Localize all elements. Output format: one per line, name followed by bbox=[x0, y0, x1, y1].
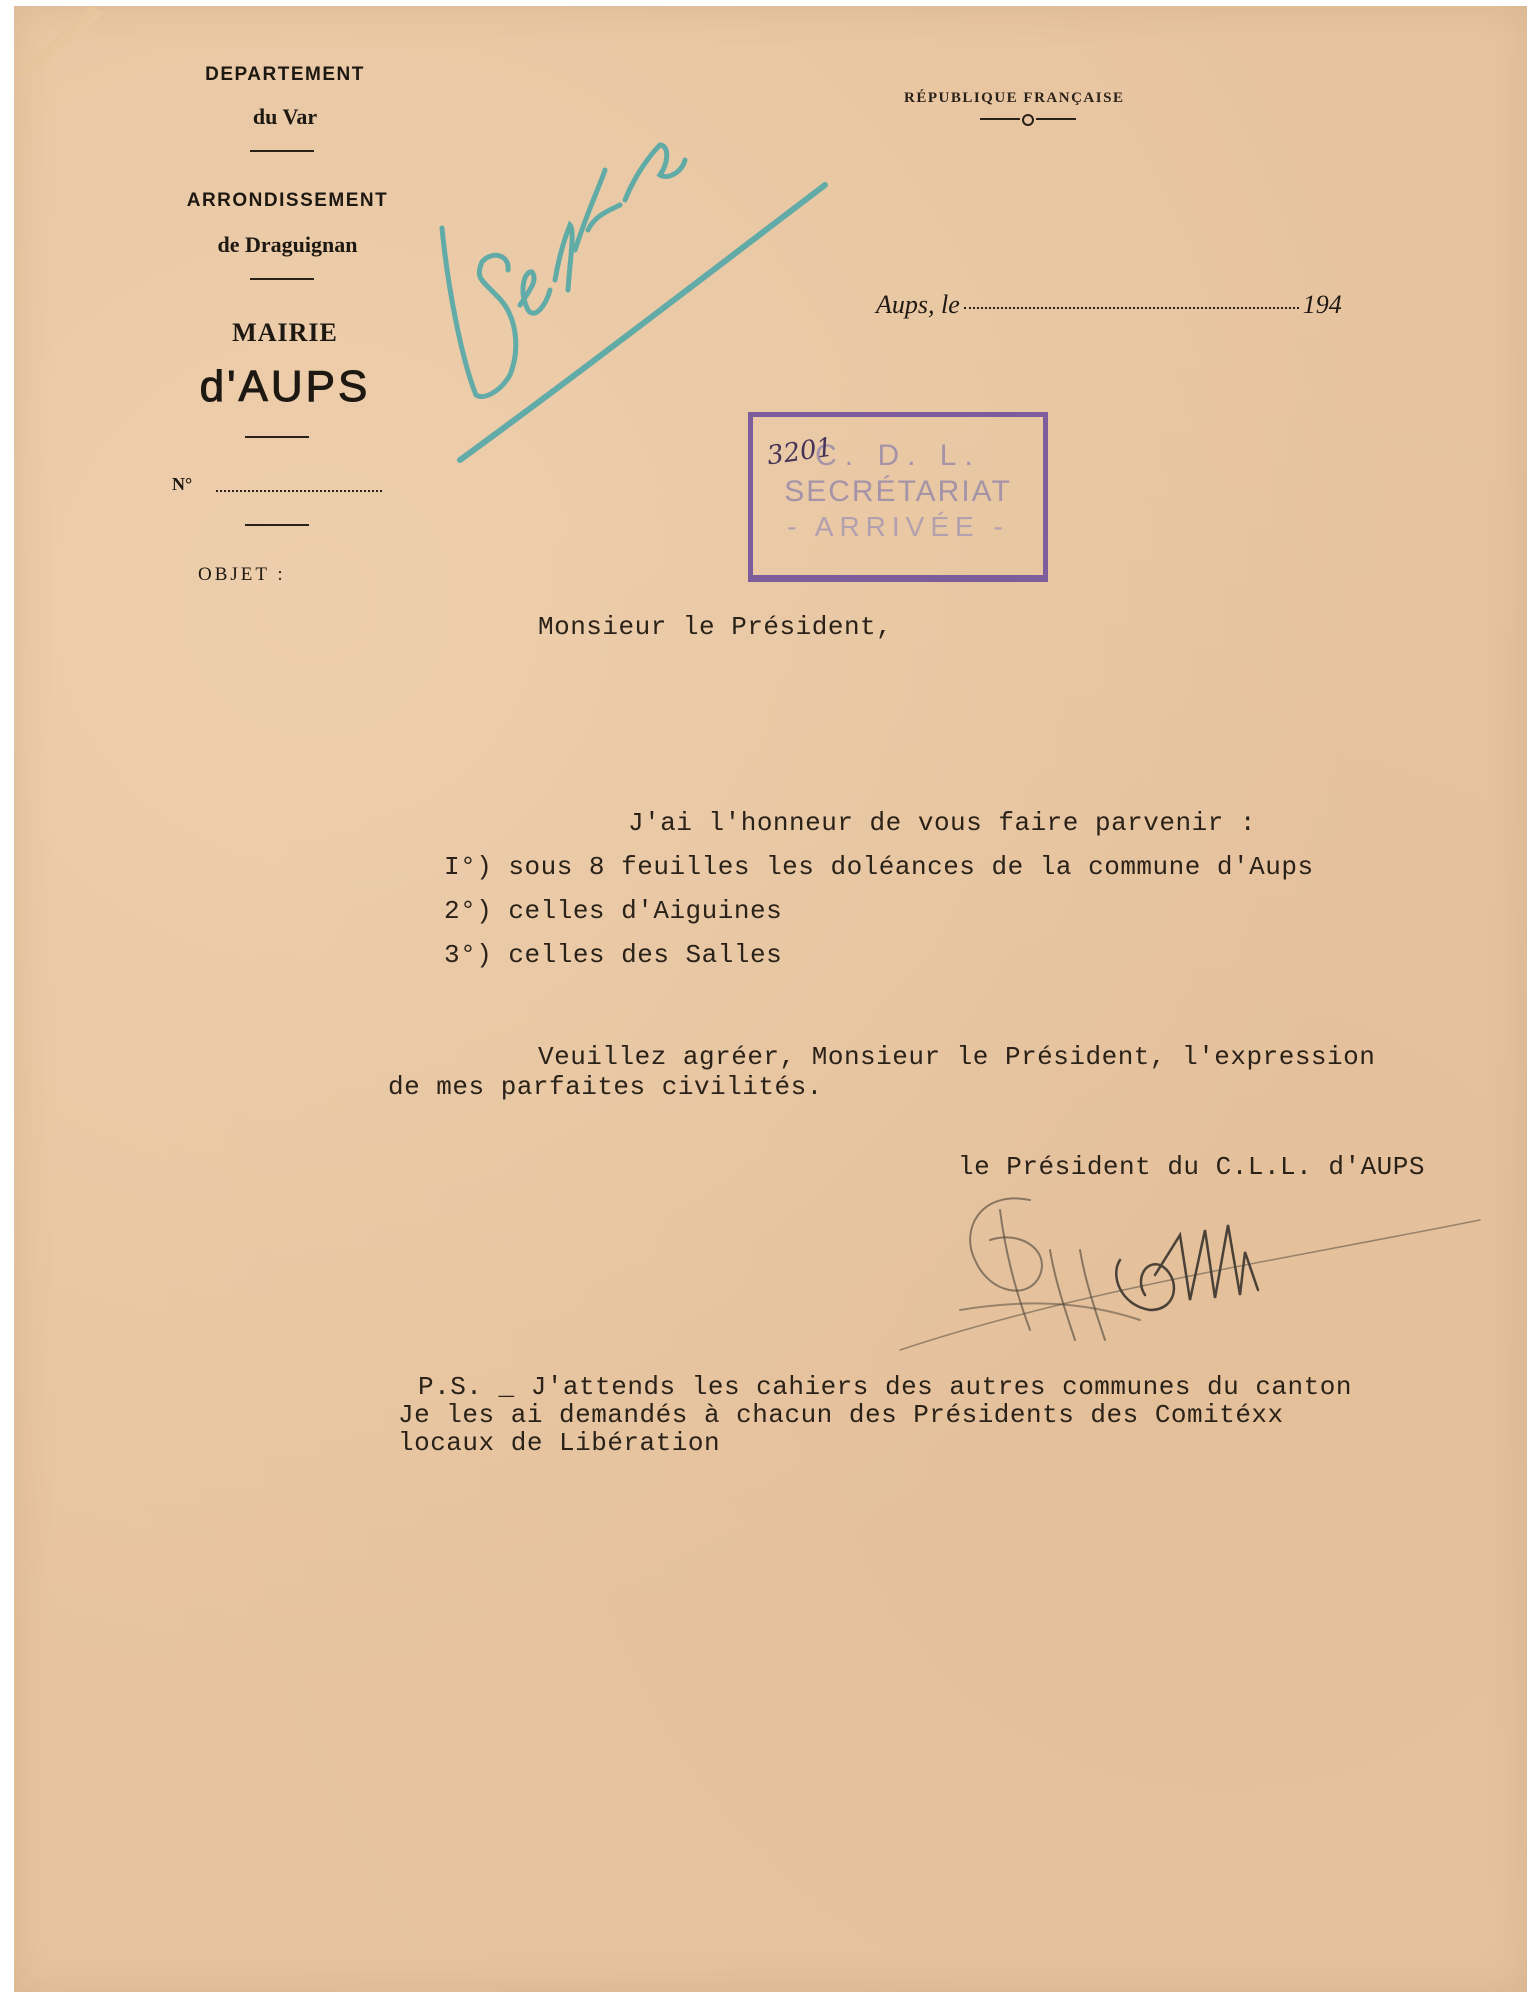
list-item: I°) sous 8 feuilles les doléances de la … bbox=[444, 852, 1314, 882]
ornament bbox=[980, 112, 1076, 126]
department-label: DEPARTEMENT bbox=[160, 64, 410, 86]
arrondissement-name: de Draguignan bbox=[160, 232, 415, 258]
list-text: sous 8 feuilles les doléances de la comm… bbox=[508, 852, 1313, 882]
mairie-label: MAIRIE bbox=[160, 318, 410, 348]
ps-line-3: locaux de Libération bbox=[398, 1428, 720, 1458]
number-field bbox=[216, 490, 382, 492]
list-item: 2°) celles d'Aiguines bbox=[444, 896, 782, 926]
cdl-secretariat-stamp: 3201 C. D. L. SECRÉTARIAT - ARRIVÉE - bbox=[748, 412, 1048, 582]
commune-name: d'AUPS bbox=[155, 362, 415, 412]
divider bbox=[250, 150, 314, 152]
ps-line-2: Je les ai demandés à chacun des Présiden… bbox=[398, 1400, 1284, 1430]
republic-title: RÉPUBLIQUE FRANÇAISE bbox=[904, 90, 1124, 107]
list-text: celles d'Aiguines bbox=[508, 896, 782, 926]
date-line: Aups, le194 bbox=[876, 290, 1342, 320]
list-marker: 2°) bbox=[444, 896, 492, 926]
list-marker: 3°) bbox=[444, 940, 492, 970]
closing-line-2: de mes parfaites civilités. bbox=[388, 1072, 823, 1102]
divider bbox=[245, 436, 309, 438]
closing-line-1: Veuillez agréer, Monsieur le Président, … bbox=[538, 1042, 1375, 1072]
divider bbox=[250, 278, 314, 280]
salutation: Monsieur le Président, bbox=[538, 612, 892, 642]
ps-line-1: P.S. _ J'attends les cahiers des autres … bbox=[418, 1372, 1352, 1402]
department-name: du Var bbox=[160, 104, 410, 130]
arrondissement-label: ARRONDISSEMENT bbox=[160, 190, 415, 212]
list-text: celles des Salles bbox=[508, 940, 782, 970]
divider bbox=[245, 524, 309, 526]
date-field bbox=[964, 307, 1299, 309]
intro-line: J'ai l'honneur de vous faire parvenir : bbox=[628, 808, 1256, 838]
list-marker: I°) bbox=[444, 852, 492, 882]
signature-icon bbox=[880, 1180, 1500, 1360]
stamp-line2: SECRÉTARIAT bbox=[753, 475, 1043, 509]
signature-title: le Président du C.L.L. d'AUPS bbox=[958, 1152, 1425, 1182]
stamp-line3: - ARRIVÉE - bbox=[753, 511, 1043, 543]
date-place: Aups, le bbox=[876, 290, 960, 319]
objet-label: OBJET : bbox=[198, 564, 286, 586]
list-item: 3°) celles des Salles bbox=[444, 940, 782, 970]
number-label: N° bbox=[172, 474, 192, 495]
date-year: 194 bbox=[1303, 290, 1342, 319]
